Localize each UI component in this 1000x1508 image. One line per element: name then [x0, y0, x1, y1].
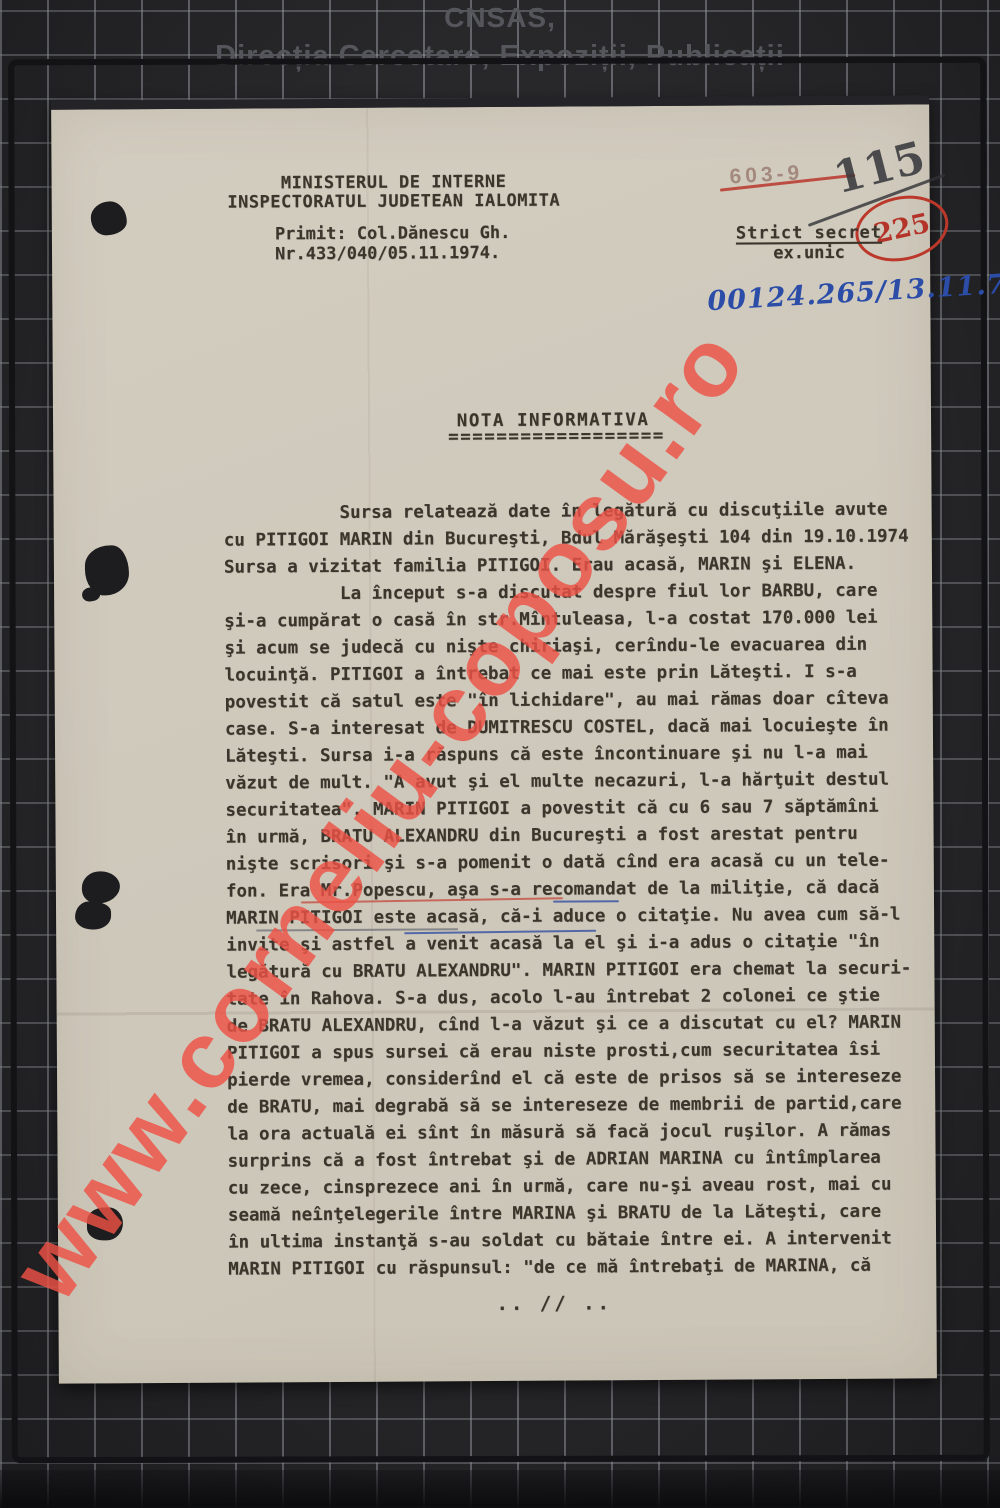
- registration-number: Nr.433/040/05.11.1974.: [275, 243, 511, 264]
- punch-hole: [82, 871, 120, 903]
- inspectorate-name: INSPECTORATUL JUDETEAN IALOMITA: [194, 191, 594, 212]
- body-line: seamă neînţelegerile între MARINA şi BRA…: [228, 1198, 913, 1229]
- body-line: în ultima instanţă s-au soldat cu bătaie…: [228, 1225, 913, 1256]
- punch-hole: [82, 587, 100, 601]
- letterhead: MINISTERUL DE INTERNE INSPECTORATUL JUDE…: [194, 172, 594, 212]
- body-line: de BRATU ALEXANDRU, cînd l-a văzut şi ce…: [227, 1009, 912, 1040]
- body-line: la ora actuală ei sînt în măsură să facă…: [227, 1117, 912, 1148]
- body-line: Lăteşti. Sursa i-a răspuns că este încon…: [225, 739, 910, 770]
- punch-hole: [91, 201, 127, 235]
- body-line: pierde vremea, considerînd el că este de…: [227, 1063, 912, 1094]
- body-line: povestit că satul este "în lichidare", a…: [225, 685, 910, 716]
- classification-block: Strict secret ex.unic: [723, 223, 895, 264]
- body-line: cu zece, cinsprezece ani în urmă, care n…: [228, 1171, 913, 1202]
- copy-label: ex.unic: [723, 243, 895, 264]
- body-line: PITIGOI a spus sursei că erau niste pros…: [227, 1036, 912, 1067]
- body-line: surprins că a fost întrebat şi de ADRIAN…: [227, 1144, 912, 1175]
- crossed-out-pencil-number: 115: [829, 132, 931, 204]
- blue-underline-annotation: [553, 900, 619, 902]
- mat-bottom-shadow: [0, 1470, 1000, 1508]
- scanned-document-photo: { "archive_header": { "line1": "CNSAS,",…: [0, 0, 1000, 1508]
- body-line: de BRATU, mai degrabă să se intereseze d…: [227, 1090, 912, 1121]
- punch-hole: [75, 901, 111, 929]
- body-line: tate în Rahova. S-a dus, acolo l-au într…: [227, 982, 912, 1013]
- classification-label: Strict secret: [723, 223, 895, 244]
- body-line: locuinţă. PITIGOI a întrebat ce mai este…: [225, 658, 910, 689]
- body-line: MARIN PITIGOI cu răspunsul: "de ce mă în…: [228, 1252, 913, 1283]
- page-continuation-marker: .. // ..: [496, 1292, 612, 1315]
- body-line: case. S-a interesat de DUMITRESCU COSTEL…: [225, 712, 910, 743]
- archive-header-line1: CNSAS,: [0, 2, 1000, 34]
- received-block: Primit: Col.Dănescu Gh. Nr.433/040/05.11…: [275, 223, 511, 264]
- received-by: Primit: Col.Dănescu Gh.: [275, 223, 511, 244]
